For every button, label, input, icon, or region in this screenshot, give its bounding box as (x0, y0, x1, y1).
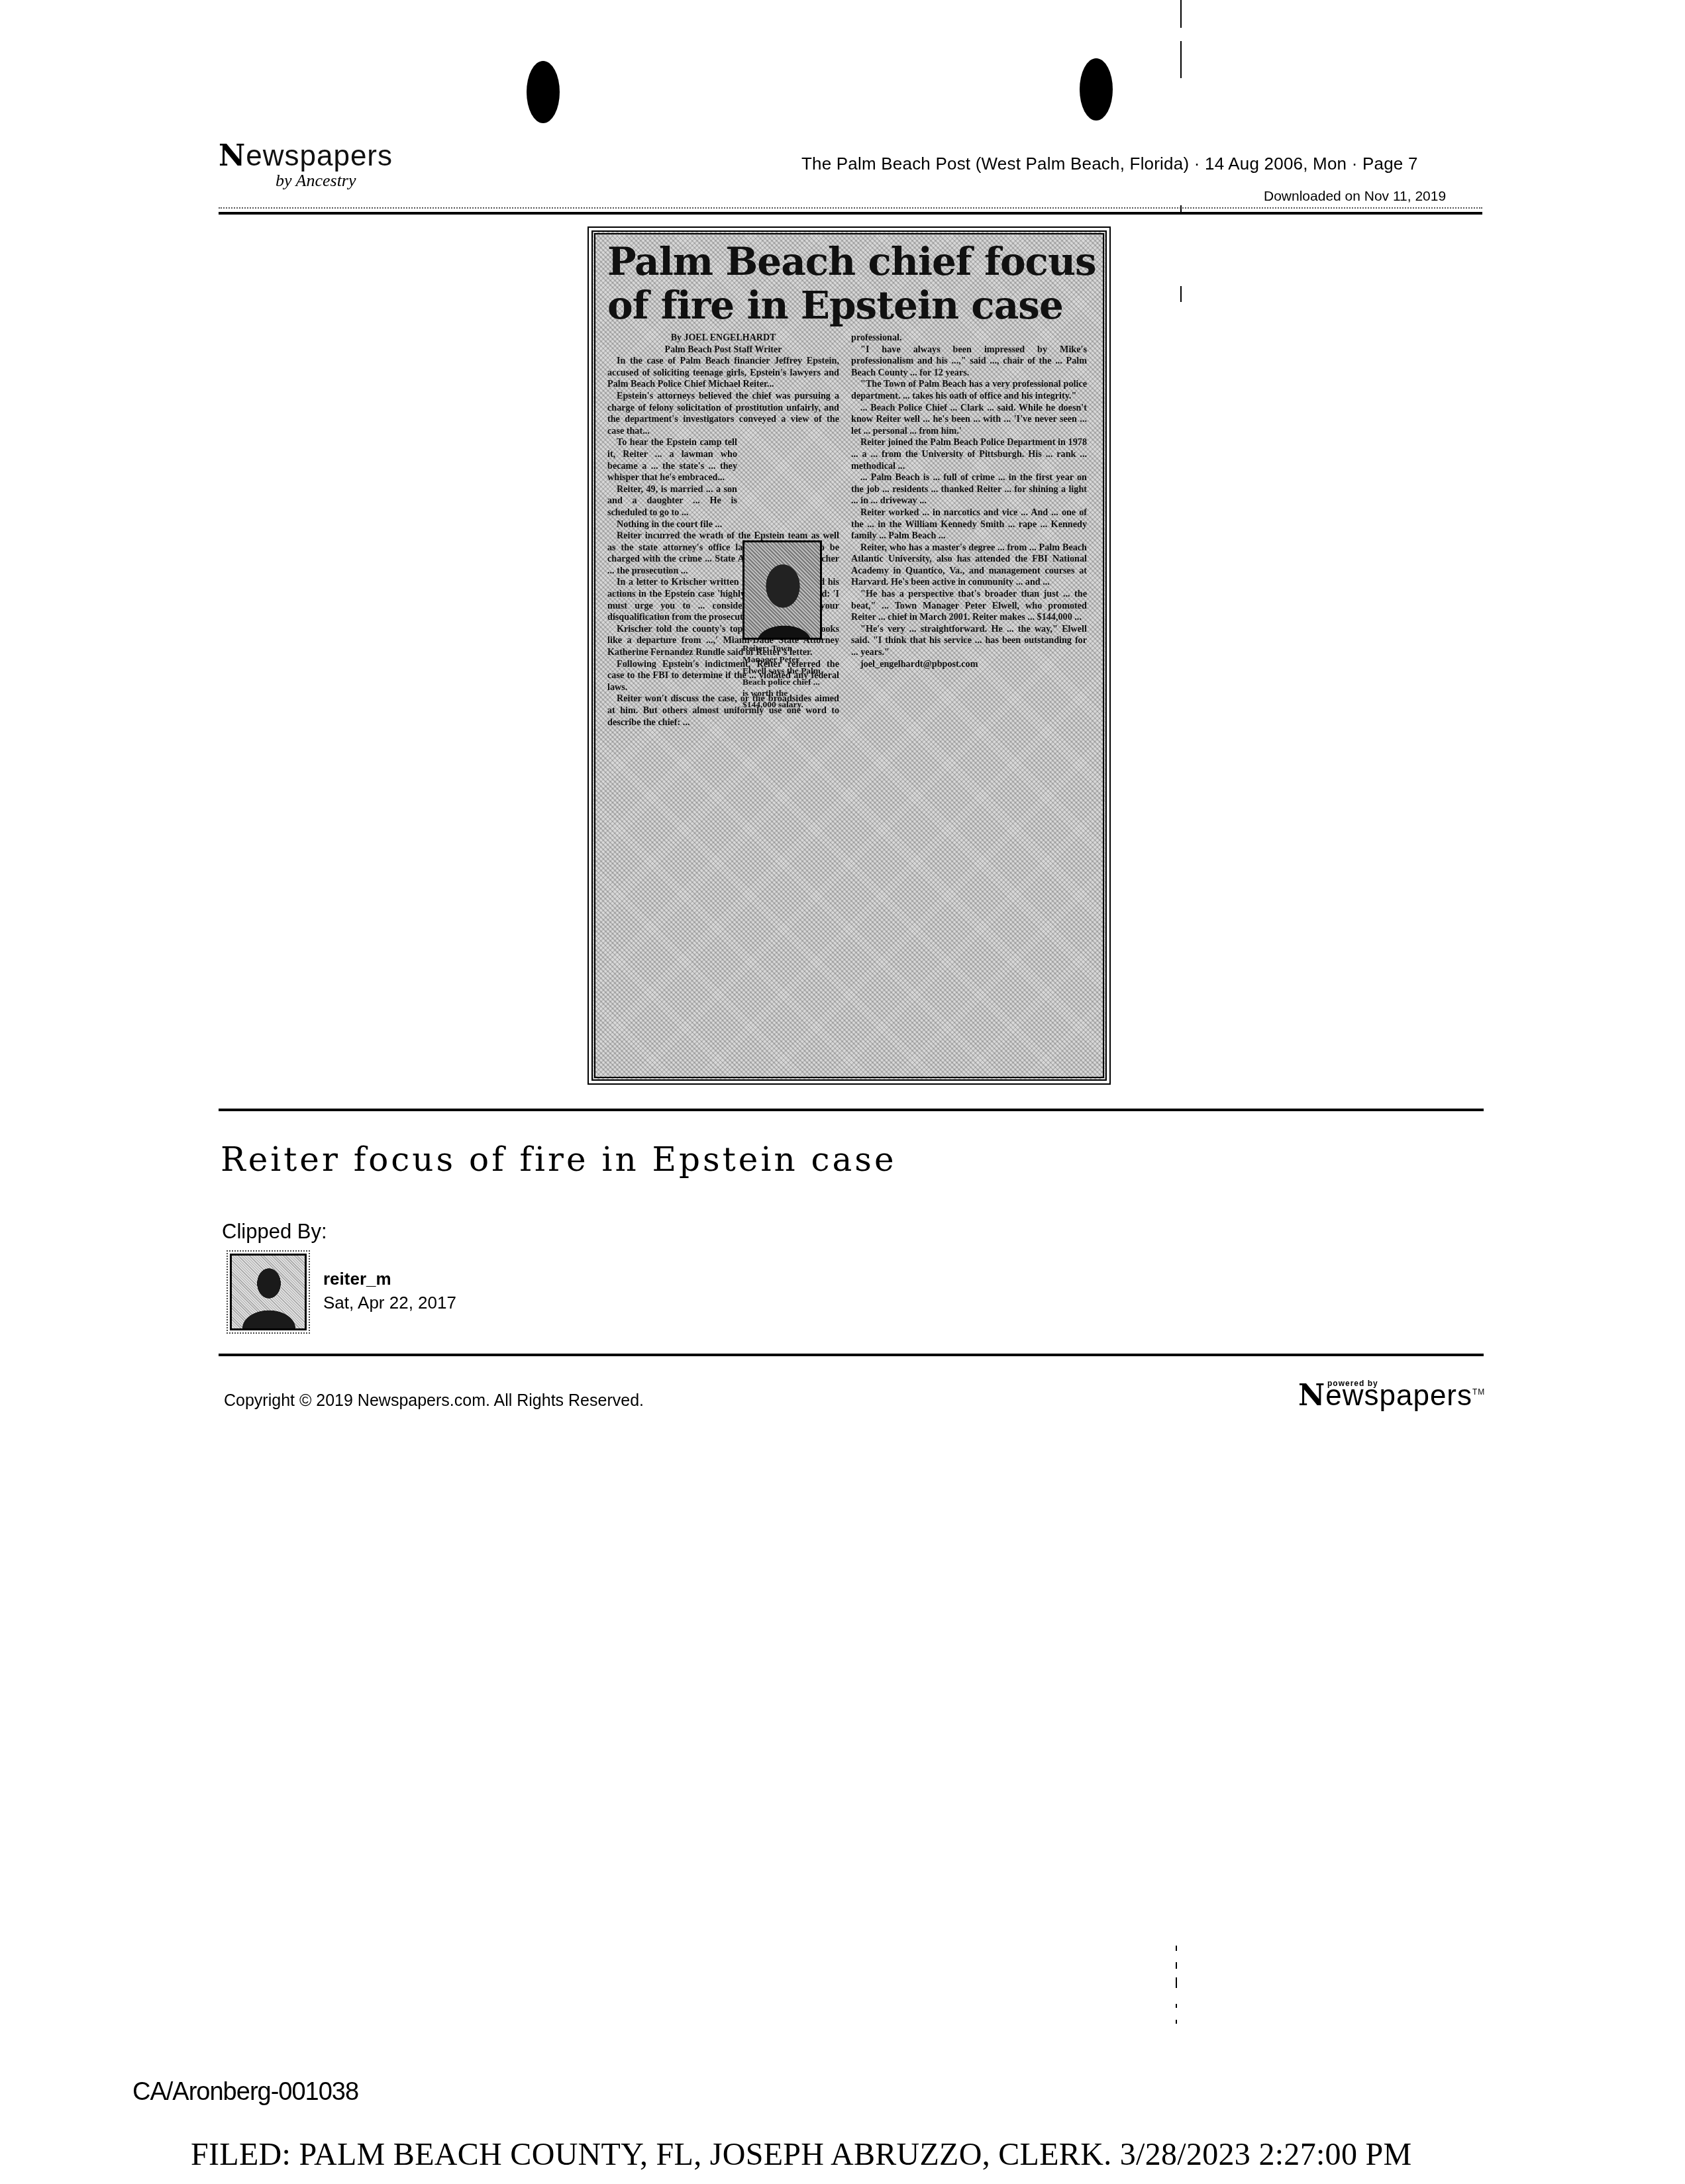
article-column-right: professional. "I have always been impres… (851, 332, 1087, 1067)
photo-caption: Reiter: Town Manager Peter Elwell says t… (742, 642, 822, 710)
download-date: Downloaded on Nov 11, 2019 (1264, 189, 1446, 205)
article-paragraph: professional. (851, 332, 1087, 344)
article-paragraph: "The Town of Palm Beach has a very profe… (851, 379, 1087, 402)
hole-punch-right (1080, 58, 1113, 121)
article-byline: By JOEL ENGELHARDT (607, 332, 839, 344)
article-paragraph: Epstein's attorneys believed the chief w… (607, 391, 839, 437)
article-paragraph: To hear the Epstein camp tell it, Reiter… (607, 437, 737, 483)
bates-number: CA/Aronberg-001038 (132, 2078, 358, 2107)
clipping-headline: Palm Beach chief focus of fire in Epstei… (607, 240, 1098, 327)
article-paragraph: "He's very ... straightforward. He ... t… (851, 624, 1087, 659)
reiter-portrait-photo (742, 540, 822, 640)
header-divider-dots (219, 207, 1482, 209)
article-paragraph: Reiter worked ... in narcotics and vice … (851, 507, 1087, 542)
article-paragraph: "I have always been impressed by Mike's … (851, 344, 1087, 379)
clipped-by-label: Clipped By: (222, 1220, 327, 1244)
copyright-notice: Copyright © 2019 Newspapers.com. All Rig… (224, 1391, 644, 1411)
logo-wordmark: ewspapers (246, 140, 393, 172)
article-author-email: joel_engelhardt@pbpost.com (851, 659, 1087, 671)
article-paragraph: Nothing in the court file ... (607, 519, 737, 531)
logo-byline: by Ancestry (276, 172, 393, 189)
court-filing-stamp: FILED: PALM BEACH COUNTY, FL, JOSEPH ABR… (191, 2136, 1411, 2173)
publication-meta: The Palm Beach Post (West Palm Beach, Fl… (801, 154, 1418, 174)
footer-divider (219, 1354, 1484, 1356)
footer-logo-tagline: powered by (1327, 1379, 1378, 1388)
clip-date: Sat, Apr 22, 2017 (323, 1293, 456, 1313)
article-paragraph: ... Palm Beach is ... full of crime ... … (851, 472, 1087, 507)
article-paragraph: Reiter, 49, is married ... a son and a d… (607, 484, 737, 519)
hole-punch-left (527, 61, 560, 123)
article-paragraph: ... Beach Police Chief ... Clark ... sai… (851, 403, 1087, 438)
article-paragraph: In the case of Palm Beach financier Jeff… (607, 356, 839, 391)
clipper-username-link[interactable]: reiter_m (323, 1269, 391, 1289)
article-byline-outlet: Palm Beach Post Staff Writer (607, 344, 839, 356)
header-divider (219, 212, 1482, 215)
logo-initial: N (219, 139, 246, 173)
newspaper-clipping-image: Palm Beach chief focus of fire in Epstei… (591, 230, 1107, 1081)
clipper-avatar[interactable] (230, 1254, 307, 1330)
clipping-bottom-divider (219, 1109, 1484, 1111)
clip-title: Reiter focus of fire in Epstein case (221, 1140, 897, 1179)
newspapers-logo: Newspapers by Ancestry (219, 142, 393, 189)
article-paragraph: Reiter, who has a master's degree ... fr… (851, 542, 1087, 589)
article-paragraph: "He has a perspective that's broader tha… (851, 589, 1087, 624)
footer-newspapers-logo: powered by NewspapersTM (1298, 1381, 1485, 1411)
article-paragraph: Reiter joined the Palm Beach Police Depa… (851, 437, 1087, 472)
